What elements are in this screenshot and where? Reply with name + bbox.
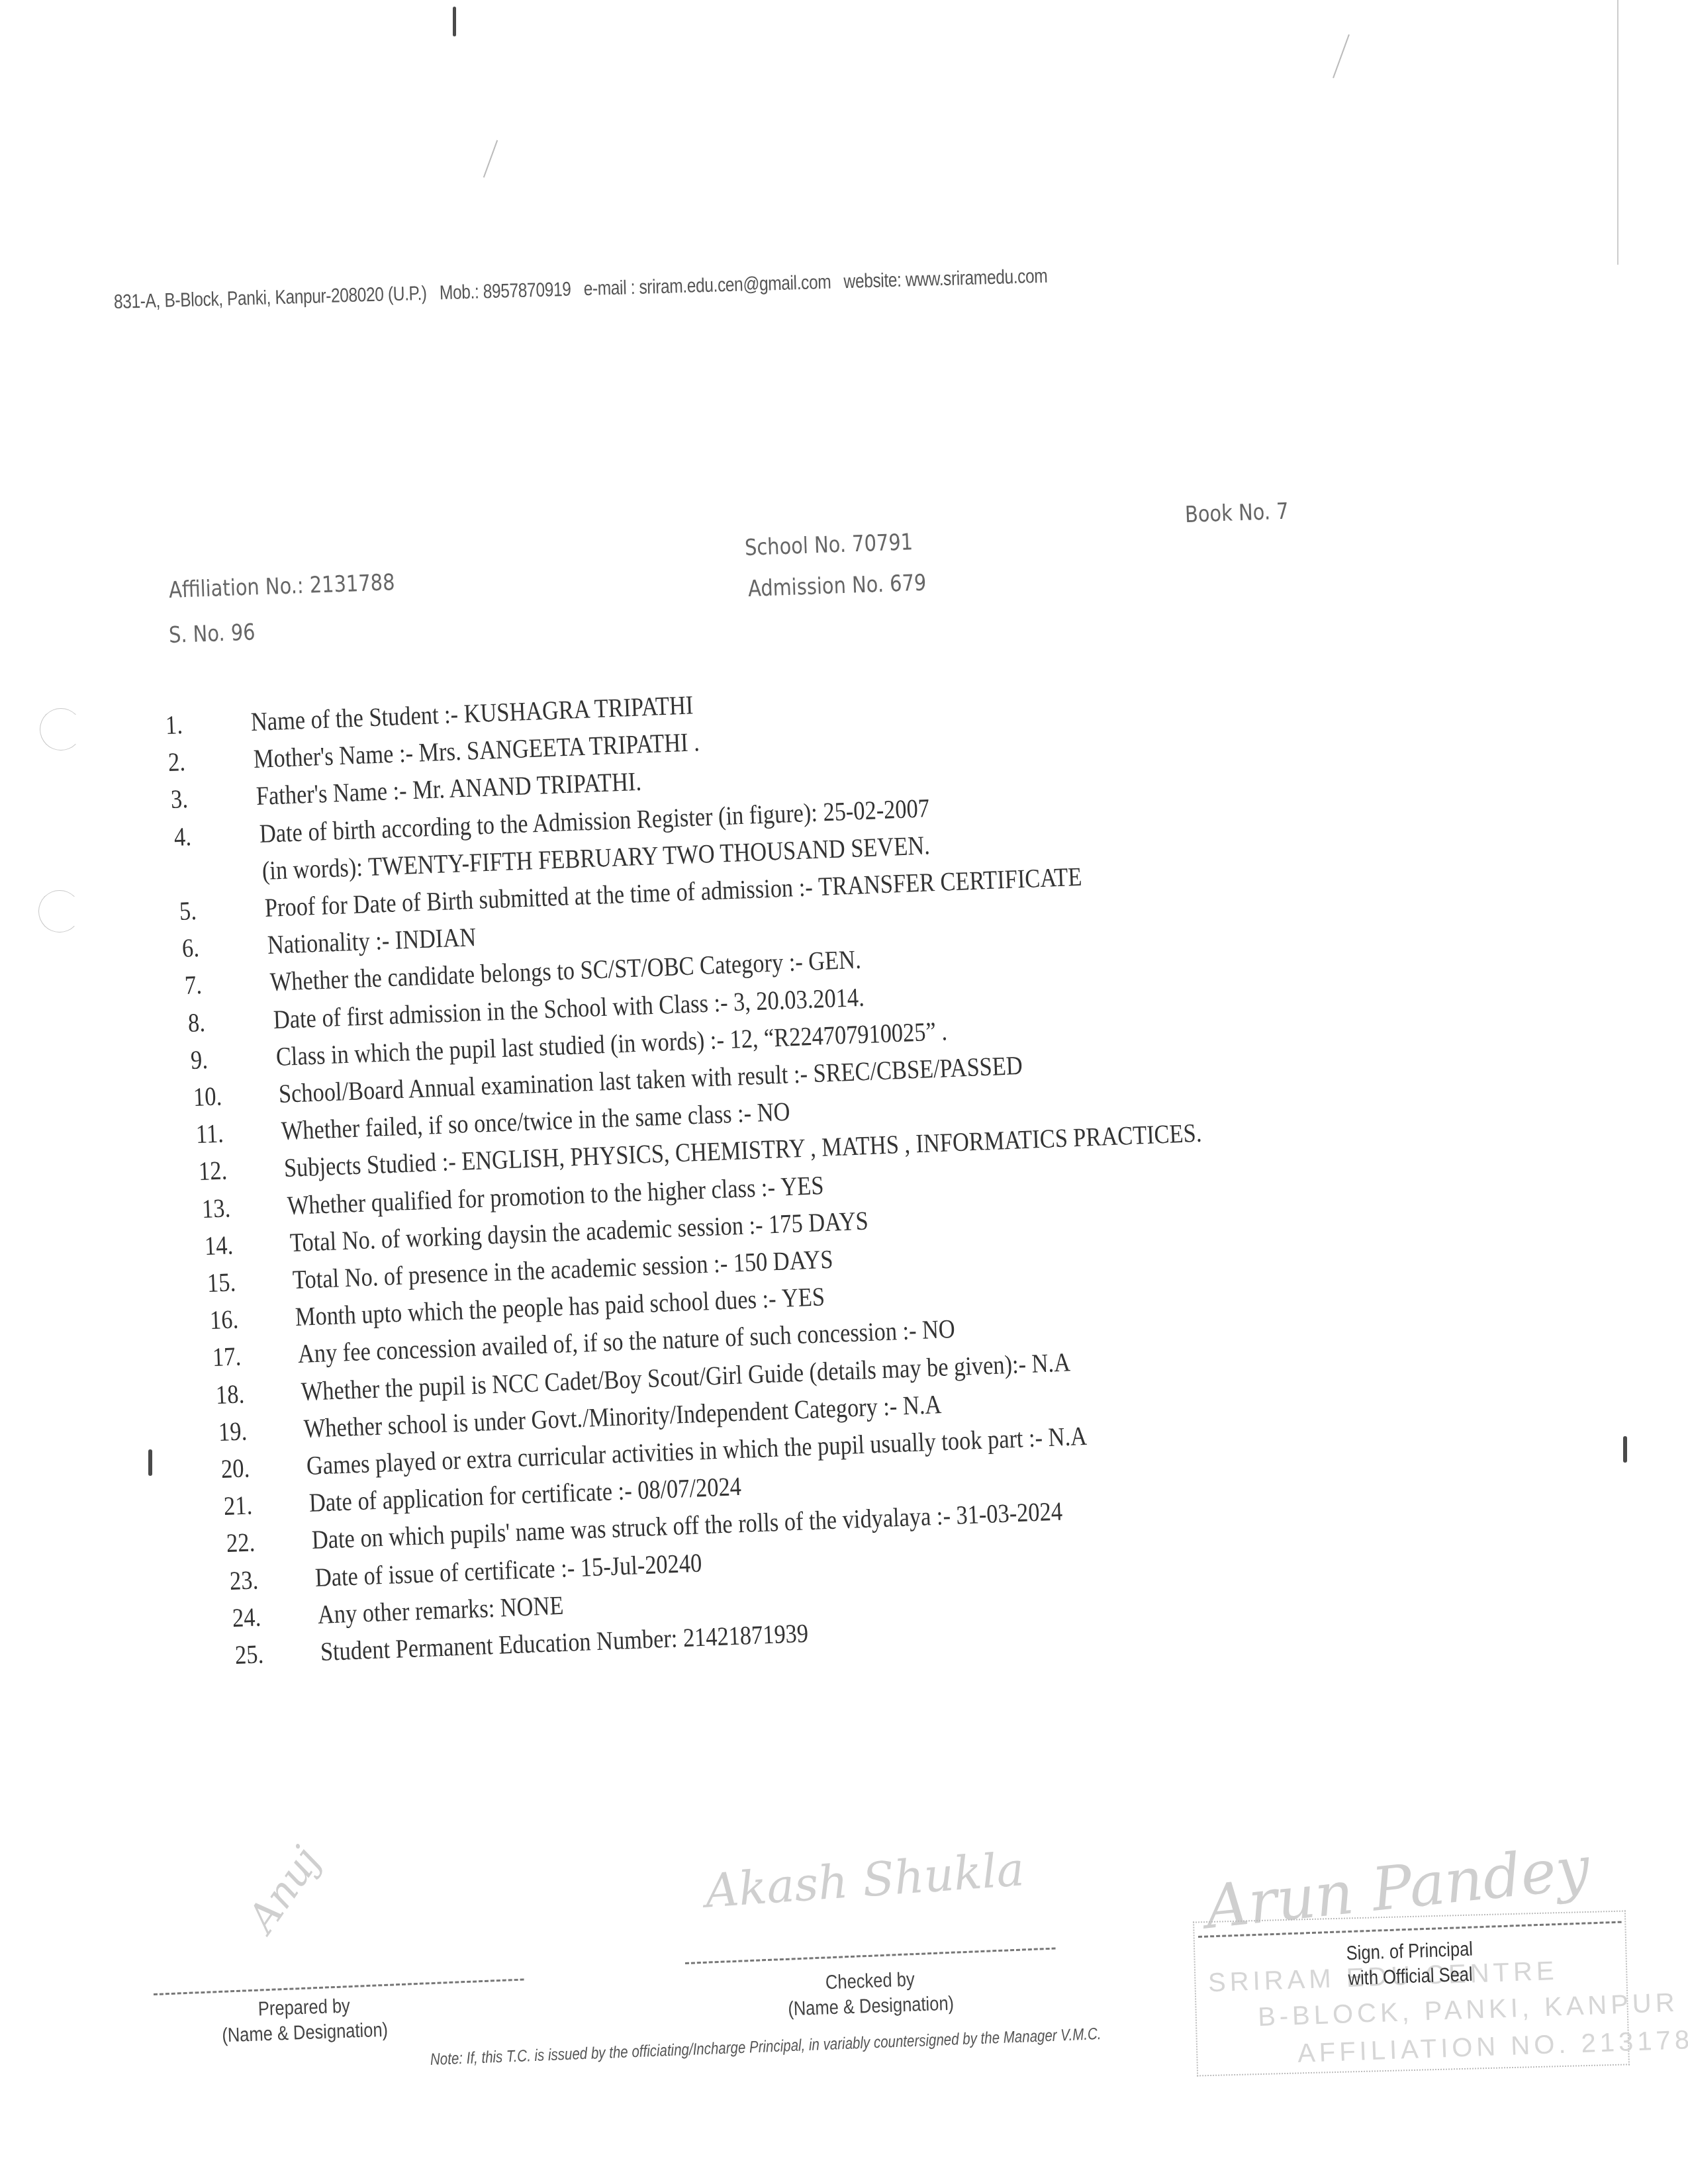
field-number: 19.: [218, 1413, 305, 1447]
field-value: 31-03-2024: [956, 1496, 1063, 1530]
field-number: 17.: [212, 1338, 299, 1373]
field-label: Date of application for certificate :-: [308, 1476, 632, 1518]
field-number: 21.: [223, 1487, 310, 1522]
field-number: 22.: [226, 1524, 312, 1559]
field-number: 12.: [198, 1152, 285, 1187]
field-number: 20.: [220, 1450, 307, 1484]
field-number: 25.: [234, 1636, 321, 1670]
field-value: 21421871939: [682, 1618, 809, 1653]
field-number: 2.: [167, 743, 254, 778]
field-label: Any other remarks:: [317, 1593, 495, 1629]
field-label: Nationality :-: [267, 925, 390, 960]
field-number: 5.: [179, 892, 265, 927]
field-value: Mr. ANAND TRIPATHI.: [412, 766, 642, 805]
prepared-by-label: Prepared by (Name & Designation): [219, 1993, 389, 2048]
certificate-field: 24.Any other remarks:NONE: [232, 1590, 564, 1633]
field-number: 23.: [229, 1562, 316, 1596]
field-number: [177, 880, 262, 883]
field-value: 175 DAYS: [768, 1205, 868, 1239]
field-value: INDIAN: [395, 922, 477, 955]
field-number: 11.: [195, 1115, 282, 1150]
field-value: 08/07/2024: [637, 1471, 741, 1505]
field-number: 18.: [215, 1376, 302, 1410]
field-label: (in words):: [261, 852, 363, 886]
transfer-certificate-page: 831-A, B-Block, Panki, Kanpur-208020 (U.…: [0, 0, 1688, 2184]
field-label: Student Permanent Education Number:: [320, 1623, 678, 1666]
field-number: 6.: [181, 929, 268, 964]
field-number: 1.: [165, 706, 252, 741]
field-label: Mother's Name :-: [253, 738, 414, 774]
field-value: KUSHAGRA TRIPATHI: [463, 690, 694, 728]
field-number: 9.: [190, 1041, 277, 1075]
field-value: N.A: [1031, 1347, 1070, 1378]
checked-by-label: Checked by (Name & Designation): [777, 1966, 964, 2022]
field-value: GEN.: [808, 944, 862, 976]
principal-label: Sign. of Principal with Official Seal: [1319, 1936, 1501, 1991]
field-value: N.A: [1048, 1421, 1088, 1452]
field-value: NO: [757, 1097, 790, 1128]
field-number: 14.: [204, 1227, 291, 1261]
field-label: Date of issue of certificate :-: [314, 1553, 575, 1592]
field-value: TRANSFER CERTIFICATE: [818, 862, 1082, 901]
field-number: 24.: [232, 1599, 318, 1633]
field-value: YES: [781, 1282, 825, 1313]
field-value: YES: [780, 1170, 824, 1201]
field-value: 15-Jul-20240: [579, 1547, 702, 1582]
field-number: 8.: [187, 1004, 274, 1038]
field-value: SREC/CBSE/PASSED: [813, 1050, 1023, 1088]
field-value: 25-02-2007: [822, 793, 929, 827]
field-number: 15.: [207, 1264, 293, 1298]
field-label: Name of the Student :-: [250, 699, 459, 737]
field-number: 13.: [201, 1190, 288, 1224]
field-value: NO: [922, 1314, 956, 1345]
field-label: Subjects Studied :-: [283, 1146, 456, 1183]
field-number: 16.: [209, 1301, 296, 1336]
field-number: 3.: [170, 780, 257, 815]
field-value: N.A: [902, 1389, 942, 1420]
certificate-field: 6.Nationality :-INDIAN: [181, 921, 477, 964]
field-value: Mrs. SANGEETA TRIPATHI .: [418, 727, 700, 767]
field-number: 10.: [193, 1078, 279, 1113]
field-number: 4.: [173, 818, 260, 852]
field-number: 7.: [184, 966, 271, 1001]
field-label: Father's Name :-: [256, 776, 407, 811]
field-value: NONE: [500, 1590, 564, 1623]
field-value: 150 DAYS: [733, 1244, 833, 1278]
field-value: 12, “R224707910025” .: [729, 1016, 947, 1054]
field-value: 3, 20.03.2014.: [733, 981, 865, 1017]
